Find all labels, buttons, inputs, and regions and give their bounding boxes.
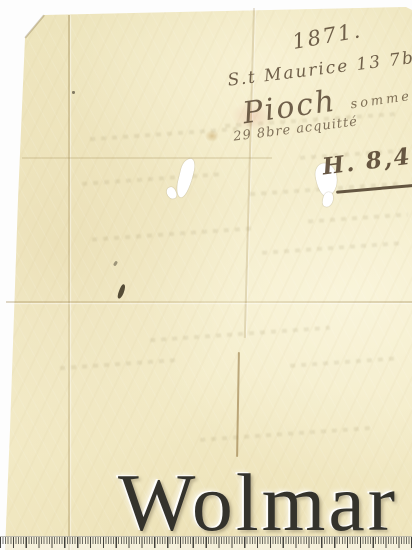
horizontal-fold-line-upper — [22, 157, 272, 159]
wolmar-watermark: Wolmar — [118, 462, 398, 544]
document-photo: 1871. S.t Maurice 13 7bre Piochsommes 29… — [0, 0, 412, 550]
ink-speck — [72, 91, 75, 94]
vertical-fold-line-left — [68, 15, 70, 550]
measurement-ruler — [0, 536, 412, 550]
handwritten-name-suffix: sommes — [350, 88, 412, 113]
ruler-tall-ticks — [0, 537, 412, 548]
horizontal-fold-line-middle — [6, 301, 412, 303]
brown-stain — [205, 130, 219, 142]
